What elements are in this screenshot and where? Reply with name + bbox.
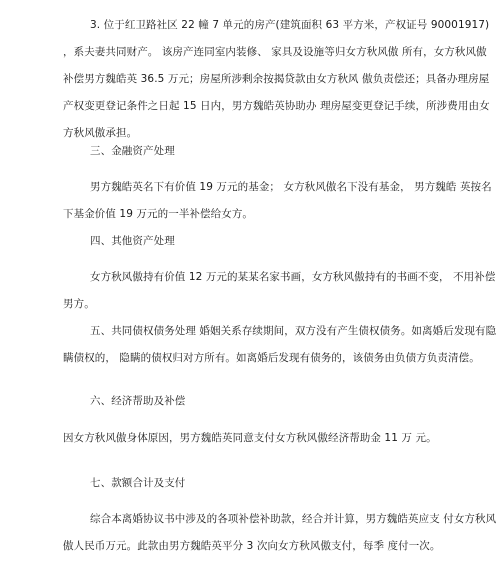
section-heading-payment: 七、款额合计及支付	[90, 476, 185, 490]
section-heading-other-assets: 四、其他资产处理	[90, 234, 175, 248]
economic-help-paragraph-line-1: 因女方秋风傲身体原因，男方魏皓英同意支付女方秋风傲经济帮助金 11 万 元。	[63, 431, 437, 445]
property-paragraph-line-3: 补偿男方魏皓英 36.5 万元；房屋所涉剩余按揭贷款由女方秋风 傲负责偿还；具备…	[63, 72, 489, 86]
payment-paragraph-line-2: 傲人民币万元。此款由男方魏皓英平分 3 次向女方秋风傲支付，每季 度付一次。	[63, 539, 441, 553]
payment-paragraph-line-1: 综合本离婚协议书中涉及的各项补偿补助款，经合并计算，男方魏皓英应支 付女方秋风	[90, 512, 496, 526]
other-assets-paragraph-line-1: 女方秋风傲持有价值 12 万元的某某名家书画，女方秋风傲持有的书画不变， 不用补…	[90, 270, 495, 284]
other-assets-paragraph-line-2: 男方。	[63, 297, 95, 311]
property-paragraph-line-2: ，系夫妻共同财产。 该房产连同室内装修、 家具及设施等归女方秋风傲 所有，女方秋…	[63, 45, 487, 59]
property-paragraph-line-4: 产权变更登记条件之日起 15 日内，男方魏皓英协助办 理房屋变更登记手续，所涉费…	[63, 99, 490, 113]
debts-paragraph-line-1: 五、共同债权债务处理 婚姻关系存续期间，双方没有产生债权债务。如离婚后发现有隐	[90, 324, 496, 338]
financial-paragraph-line-2: 下基金价值 19 万元的一半补偿给女方。	[63, 207, 253, 221]
section-heading-financial-assets: 三、金融资产处理	[90, 144, 175, 158]
section-heading-economic-help: 六、经济帮助及补偿	[90, 394, 185, 408]
debts-paragraph-line-2: 瞒债权的， 隐瞒的债权归对方所有。如离婚后发现有债务的，该债务由负债方负责清偿。	[63, 351, 480, 365]
financial-paragraph-line-1: 男方魏皓英名下有价值 19 万元的基金； 女方秋风傲名下没有基金， 男方魏皓 英…	[90, 180, 492, 194]
property-paragraph-line-1: 3. 位于红卫路社区 22 幢 7 单元的房产(建筑面积 63 平方米，产权证号…	[90, 18, 489, 32]
property-paragraph-line-5: 方秋风傲承担。	[63, 126, 137, 140]
document-page: 3. 位于红卫路社区 22 幢 7 单元的房产(建筑面积 63 平方米，产权证号…	[0, 0, 500, 566]
